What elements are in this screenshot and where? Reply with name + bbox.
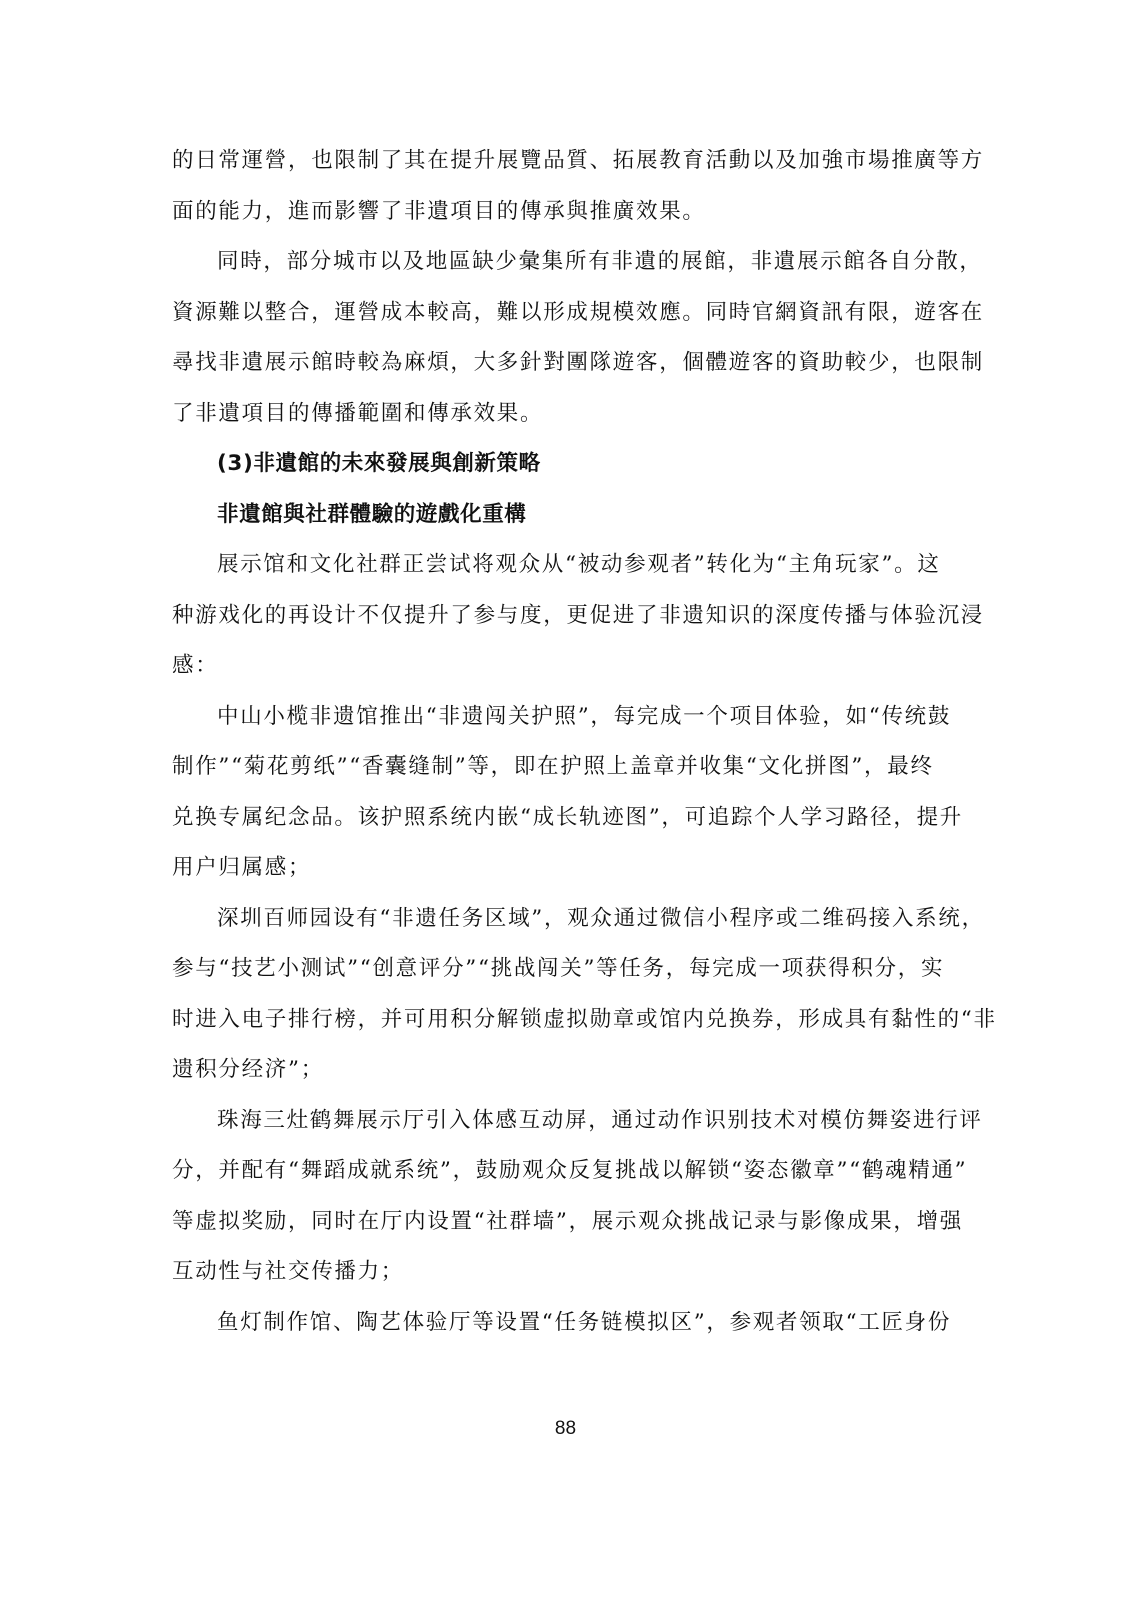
text-line: 展示馆和文化社群正尝试将观众从“被动参观者”转化为“主角玩家”。这: [172, 547, 952, 598]
text-line: 兑换专属纪念品。该护照系统内嵌“成长轨迹图”，可追踪个人学习路径，提升: [172, 800, 952, 851]
text-line: 尋找非遺展示館時較為麻煩，大多針對團隊遊客，個體遊客的資助較少，也限制: [172, 345, 952, 396]
text-line: 互动性与社交传播力；: [172, 1254, 952, 1305]
text-line: 面的能力，進而影響了非遺項目的傳承與推廣效果。: [172, 194, 952, 245]
text-line: 种游戏化的再设计不仅提升了参与度，更促进了非遗知识的深度传播与体验沉浸: [172, 598, 952, 649]
text-line: 参与“技艺小测试”“创意评分”“挑战闯关”等任务，每完成一项获得积分，实: [172, 951, 952, 1002]
text-line: 用户归属感；: [172, 850, 952, 901]
subsection-heading: 非遺館與社群體驗的遊戲化重構: [172, 497, 952, 548]
text-line: 的日常運營，也限制了其在提升展覽品質、拓展教育活動以及加強市場推廣等方: [172, 143, 952, 194]
text-line: 珠海三灶鹤舞展示厅引入体感互动屏，通过动作识别技术对模仿舞姿进行评: [172, 1103, 952, 1154]
text-line: 鱼灯制作馆、陶艺体验厅等设置“任务链模拟区”，参观者领取“工匠身份: [172, 1305, 952, 1356]
text-line: 中山小榄非遗馆推出“非遗闯关护照”，每完成一个项目体验，如“传统鼓: [172, 699, 952, 750]
section-heading: (3)非遺館的未來發展與創新策略: [172, 446, 952, 497]
text-line: 时进入电子排行榜，并可用积分解锁虚拟勋章或馆内兑换券，形成具有黏性的“非: [172, 1002, 952, 1053]
text-line: 了非遺項目的傳播範圍和傳承效果。: [172, 396, 952, 447]
document-page: 的日常運營，也限制了其在提升展覽品質、拓展教育活動以及加強市場推廣等方 面的能力…: [172, 143, 952, 1355]
text-line: 資源難以整合，運營成本較高，難以形成規模效應。同時官網資訊有限，遊客在: [172, 295, 952, 346]
text-line: 分，并配有“舞蹈成就系统”，鼓励观众反复挑战以解锁“姿态徽章”“鹤魂精通”: [172, 1153, 952, 1204]
text-line: 同時，部分城市以及地區缺少彙集所有非遺的展館，非遺展示館各自分散，: [172, 244, 952, 295]
text-line: 深圳百师园设有“非遗任务区域”，观众通过微信小程序或二维码接入系统，: [172, 901, 952, 952]
text-line: 制作”“菊花剪纸”“香囊缝制”等，即在护照上盖章并收集“文化拼图”，最终: [172, 749, 952, 800]
text-line: 遗积分经济”；: [172, 1052, 952, 1103]
text-line: 等虚拟奖励，同时在厅内设置“社群墙”，展示观众挑战记录与影像成果，增强: [172, 1204, 952, 1255]
text-line: 感：: [172, 648, 952, 699]
page-number: 88: [0, 1418, 1131, 1440]
